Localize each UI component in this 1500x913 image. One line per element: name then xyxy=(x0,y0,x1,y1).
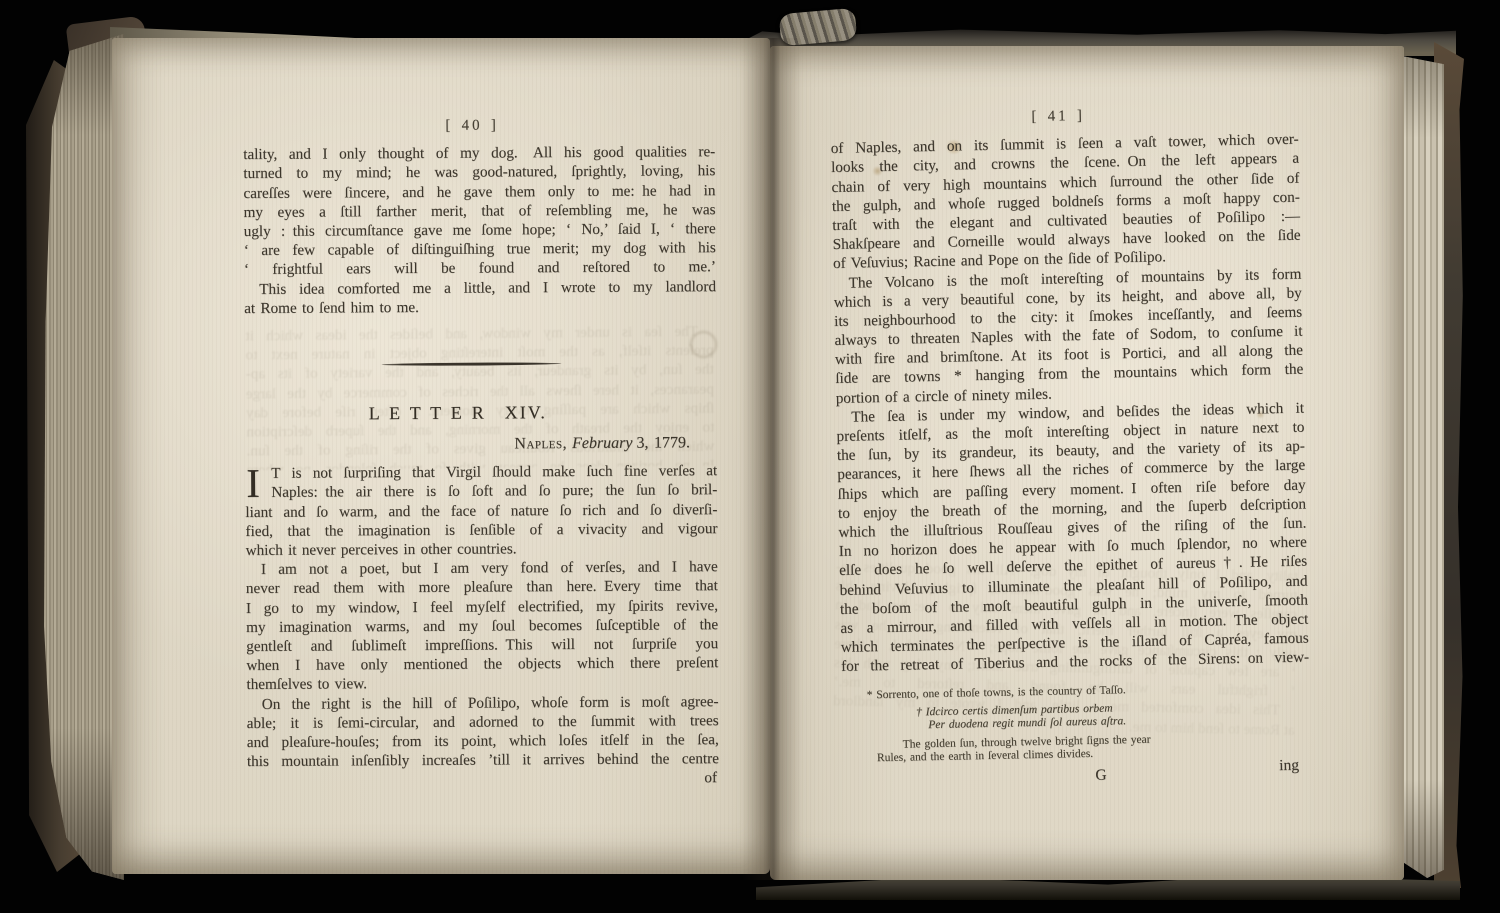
folio-left: [ 40 ] xyxy=(243,115,715,137)
catchword-right: ing xyxy=(1279,756,1299,776)
dateline-month: February xyxy=(572,435,633,452)
dateline-place: Naples, xyxy=(514,435,567,452)
footnotes: * Sorrento, one of thoſe towns, is the c… xyxy=(842,681,1311,767)
dateline: Naples,February3, 1779. xyxy=(245,433,717,455)
paragraph-dog: tality, and I only thought of my dog. Al… xyxy=(243,142,716,318)
text-line: On the right is the hill of Poſilipo, wh… xyxy=(247,692,719,714)
text-line: fied, that the imagination is ſenſible o… xyxy=(245,519,717,541)
text-line: turned to my mind; he was good-natured, … xyxy=(243,162,715,184)
text-line: when I have only mentioned the objects w… xyxy=(246,653,718,675)
letter-heading: L E T T E R XIV. xyxy=(245,402,717,424)
paragraph-volcano: The Volcano is the moſt intereſting of m… xyxy=(833,264,1304,408)
left-page-text-block: [ 40 ] tality, and I only thought of my … xyxy=(243,115,719,790)
page-edges-right xyxy=(1402,56,1444,878)
dateline-year: 3, 1779. xyxy=(636,434,690,451)
text-line: never read them with more pleaſure than … xyxy=(246,577,718,599)
catchword-left: of xyxy=(247,768,719,790)
drop-cap: I xyxy=(246,465,260,502)
footnote-latin-verse: † Idcirco certis dimenſum partibus orbem… xyxy=(842,698,1310,734)
right-page-text-block: [ 41 ] of Naples, and on its ſummit is ſ… xyxy=(830,103,1312,791)
book-photo: The ſea is under my window, and beſides … xyxy=(0,0,1500,913)
text-line: at Rome to ſend him to me. xyxy=(244,296,716,318)
signature-mark: G xyxy=(1095,766,1108,785)
text-line: Naples: the air there is ſo ſoft and ſo … xyxy=(245,481,717,503)
text-line: This idea comforted me a little, and I w… xyxy=(244,277,716,299)
text-line: careſſes were ſincere, and he gave them … xyxy=(243,181,715,203)
paragraph-virgil: I T is not ſurpriſing that Virgil ſhould… xyxy=(245,461,718,560)
paragraph-sea: The ſea is under my window, and beſides … xyxy=(836,398,1309,676)
paragraph-hill: On the right is the hill of Poſilipo, wh… xyxy=(247,692,719,772)
text-line: this mountain inſenſibly increaſes ’till… xyxy=(247,749,719,771)
paragraph-poet: I am not a poet, but I am very fond of v… xyxy=(246,557,719,694)
section-divider-rule xyxy=(381,362,561,366)
text-line: which it never perceives in other countr… xyxy=(246,538,718,560)
text-line: ‘ frightful ears will be found and reſto… xyxy=(244,257,716,279)
text-line: I go to my window, I feel myſelf electri… xyxy=(246,596,718,618)
paragraph-naples-view: of Naples, and on its ſummit is ſeen a v… xyxy=(831,130,1302,274)
headband xyxy=(779,8,857,47)
